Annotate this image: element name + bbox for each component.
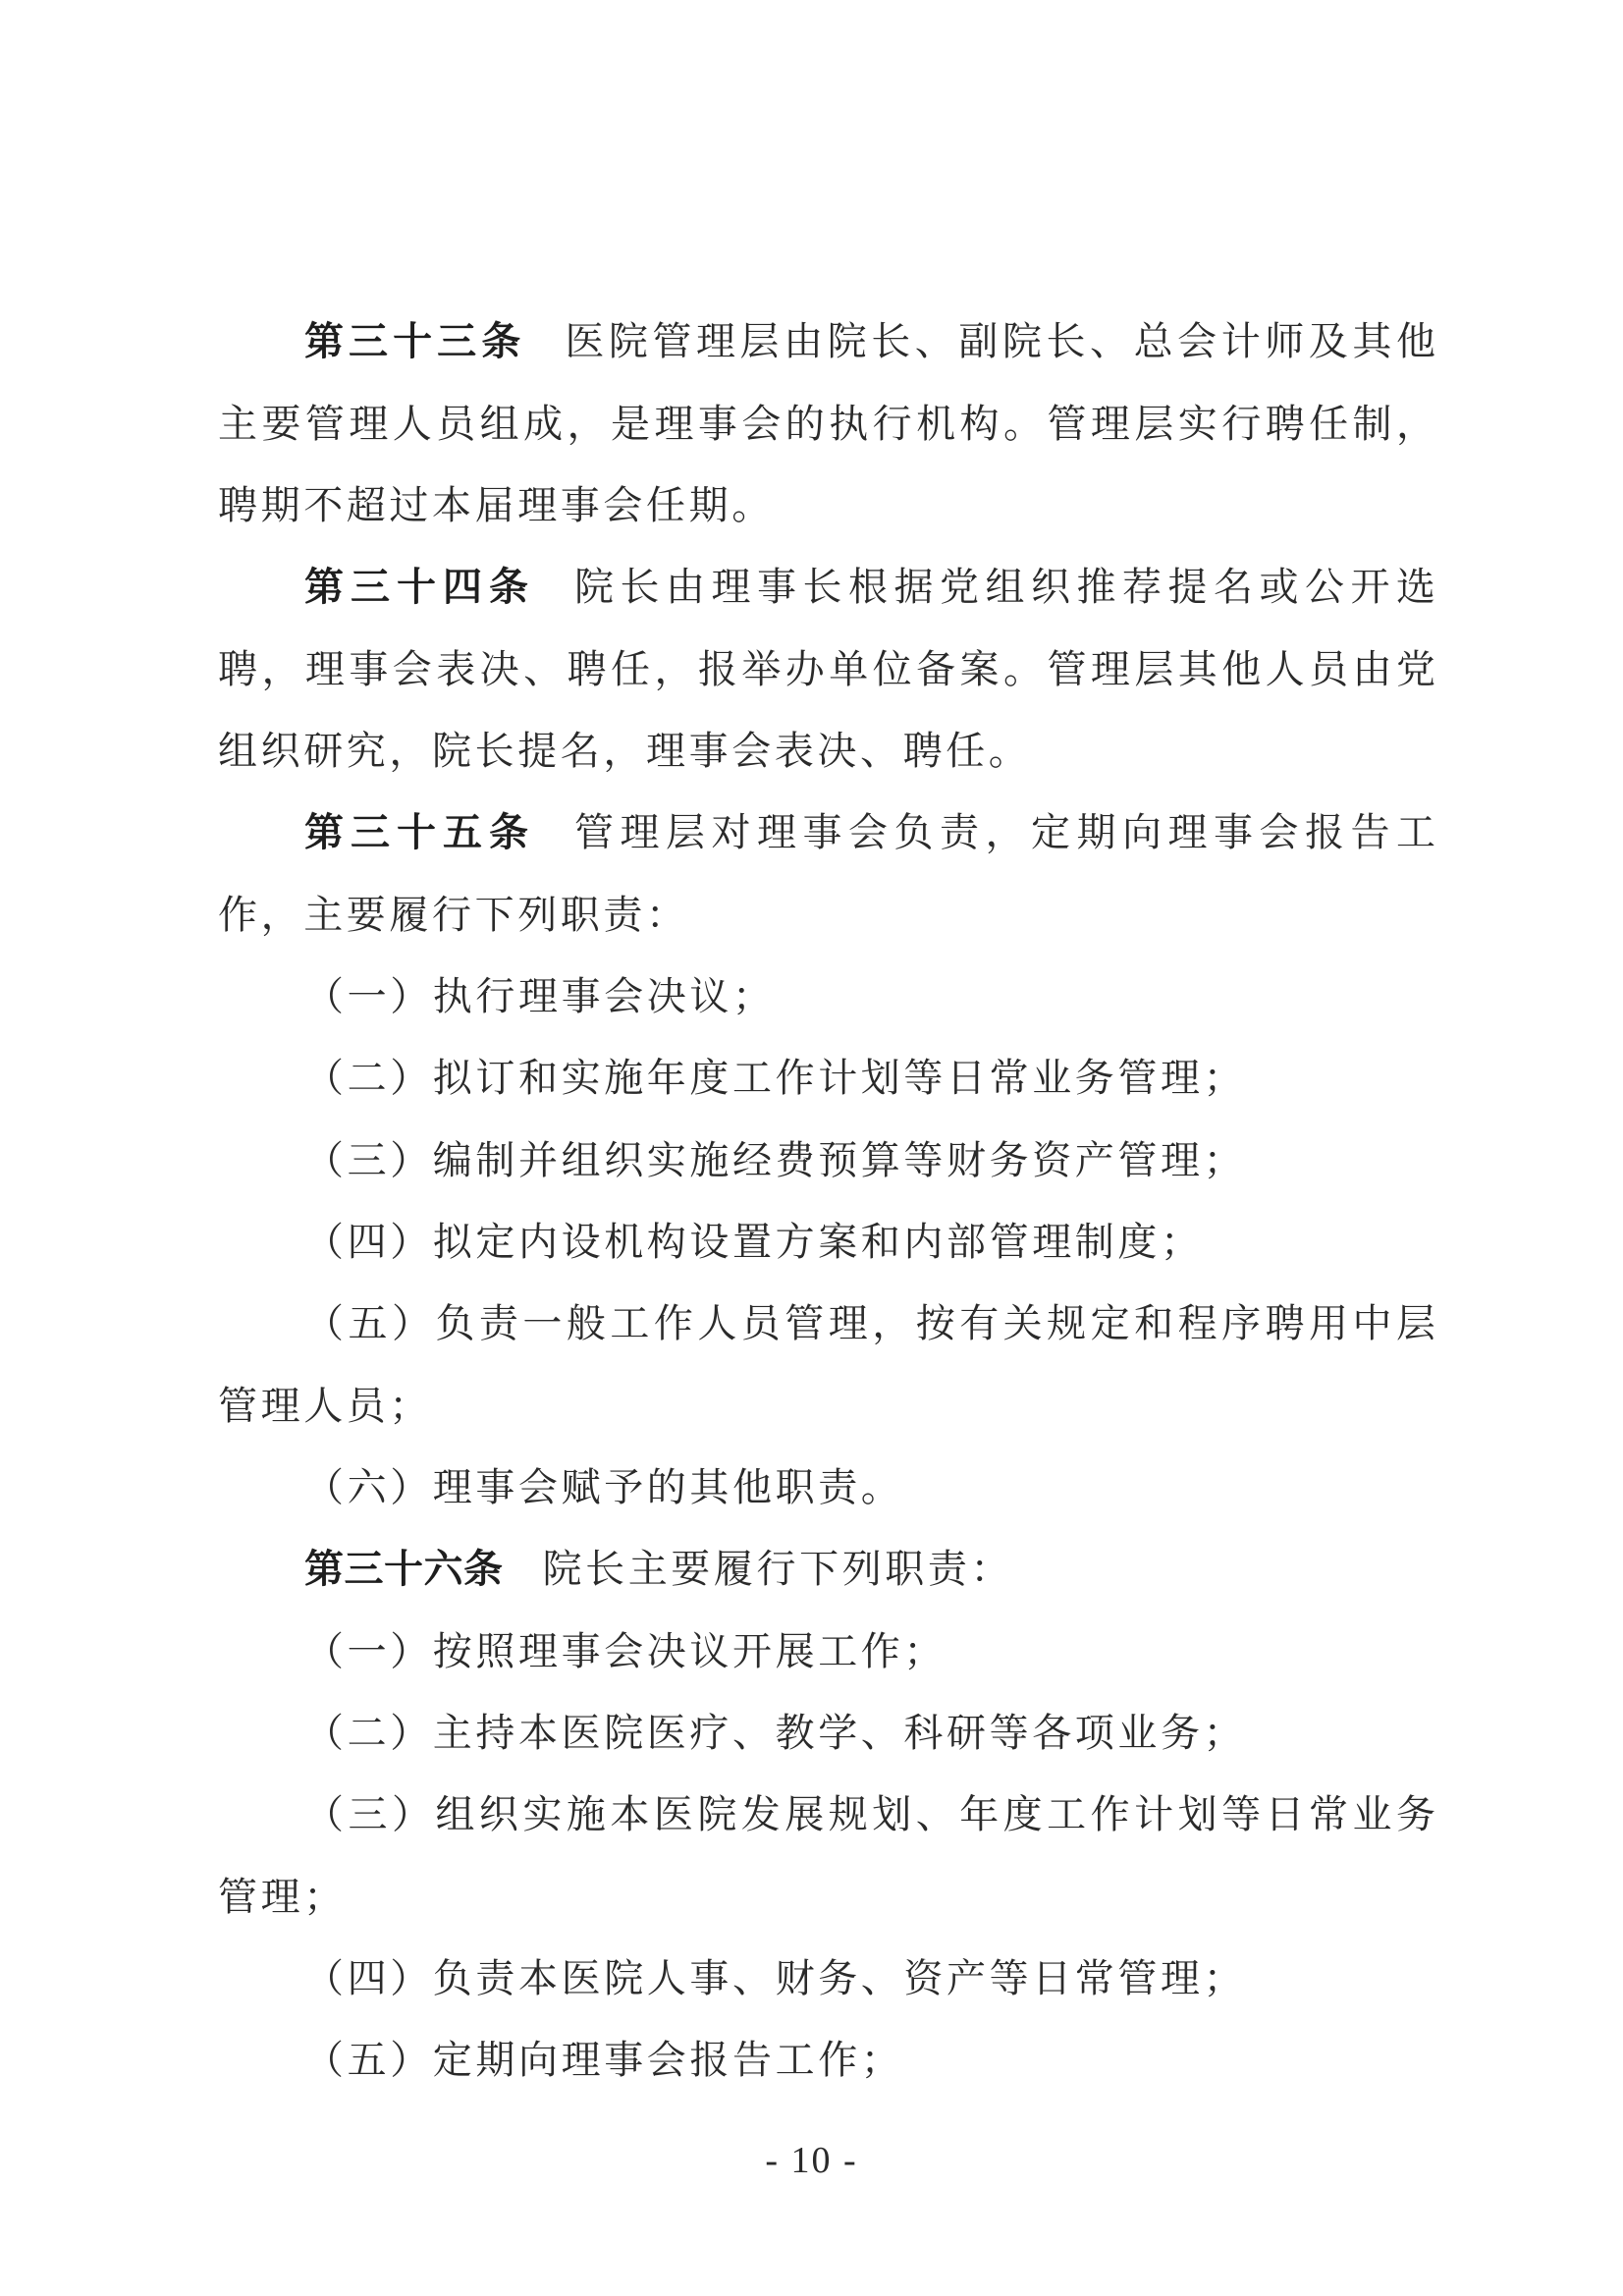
list-item: （四）拟定内设机构设置方案和内部管理制度； (218, 1201, 1435, 1284)
article-text: 聘期不超过本届理事会任期。 (218, 483, 775, 528)
article-label: 第三十五条 (304, 810, 535, 855)
list-item-text: （一）按照理事会决议开展工作； (304, 1629, 947, 1674)
list-item-text: （二）拟订和实施年度工作计划等日常业务管理； (304, 1056, 1246, 1101)
article-34-line-2: 聘，理事会表决、聘任，报举办单位备案。管理层其他人员由党 (218, 629, 1435, 711)
list-item-text: （二）主持本医院医疗、教学、科研等各项业务； (304, 1711, 1246, 1756)
list-item-text: （一）执行理事会决议； (304, 974, 776, 1019)
list-item: （五）负责一般工作人员管理，按有关规定和程序聘用中层 (218, 1283, 1435, 1365)
article-34-line-3: 组织研究，院长提名，理事会表决、聘任。 (218, 710, 1435, 793)
list-item-text: （六）理事会赋予的其他职责。 (304, 1465, 903, 1510)
list-item-text: （四）负责本医院人事、财务、资产等日常管理； (304, 1956, 1246, 2001)
list-item-text: 管理； (218, 1875, 347, 1920)
article-label: 第三十六条 (304, 1547, 504, 1592)
list-item: （五）定期向理事会报告工作； (218, 2019, 1435, 2102)
article-35-line-1: 第三十五条管理层对理事会负责，定期向理事会报告工 (218, 792, 1435, 874)
list-item: （六）理事会赋予的其他职责。 (218, 1447, 1435, 1529)
article-text: 院长主要履行下列职责： (543, 1547, 1014, 1592)
list-item-continuation: 管理人员； (218, 1365, 1435, 1448)
list-item: （二）拟订和实施年度工作计划等日常业务管理； (218, 1037, 1435, 1120)
document-page: 第三十三条医院管理层由院长、副院长、总会计师及其他 主要管理人员组成，是理事会的… (0, 0, 1623, 2296)
list-item: （一）按照理事会决议开展工作； (218, 1611, 1435, 1693)
list-item: （三）组织实施本医院发展规划、年度工作计划等日常业务 (218, 1774, 1435, 1856)
article-35-line-2: 作，主要履行下列职责： (218, 874, 1435, 957)
list-item-continuation: 管理； (218, 1856, 1435, 1939)
list-item-text: 管理人员； (218, 1384, 432, 1429)
article-label: 第三十三条 (304, 319, 525, 364)
list-item: （二）主持本医院医疗、教学、科研等各项业务； (218, 1692, 1435, 1775)
article-text: 组织研究，院长提名，理事会表决、聘任。 (218, 729, 1031, 774)
article-text: 医院管理层由院长、副院长、总会计师及其他 (565, 319, 1435, 364)
list-item-text: （五）负责一般工作人员管理，按有关规定和程序聘用中层 (304, 1301, 1435, 1346)
list-item-text: （三）编制并组织实施经费预算等财务资产管理； (304, 1138, 1246, 1183)
article-33-line-1: 第三十三条医院管理层由院长、副院长、总会计师及其他 (218, 301, 1435, 383)
article-text: 作，主要履行下列职责： (218, 893, 689, 938)
article-33-line-3: 聘期不超过本届理事会任期。 (218, 465, 1435, 547)
article-36-line-1: 第三十六条院长主要履行下列职责： (218, 1528, 1435, 1611)
article-text: 聘，理事会表决、聘任，报举办单位备案。管理层其他人员由党 (218, 647, 1435, 692)
article-text: 主要管理人员组成，是理事会的执行机构。管理层实行聘任制， (218, 402, 1435, 447)
article-label: 第三十四条 (304, 565, 535, 610)
list-item-text: （三）组织实施本医院发展规划、年度工作计划等日常业务 (304, 1792, 1435, 1837)
article-text: 院长由理事长根据党组织推荐提名或公开选 (574, 565, 1435, 610)
list-item-text: （五）定期向理事会报告工作； (304, 2038, 903, 2083)
list-item: （一）执行理事会决议； (218, 956, 1435, 1038)
page-number: - 10 - (0, 2139, 1623, 2182)
list-item: （四）负责本医院人事、财务、资产等日常管理； (218, 1938, 1435, 2020)
list-item: （三）编制并组织实施经费预算等财务资产管理； (218, 1120, 1435, 1202)
list-item-text: （四）拟定内设机构设置方案和内部管理制度； (304, 1220, 1204, 1265)
article-34-line-1: 第三十四条院长由理事长根据党组织推荐提名或公开选 (218, 546, 1435, 629)
article-33-line-2: 主要管理人员组成，是理事会的执行机构。管理层实行聘任制， (218, 383, 1435, 465)
article-text: 管理层对理事会负责，定期向理事会报告工 (574, 810, 1435, 855)
